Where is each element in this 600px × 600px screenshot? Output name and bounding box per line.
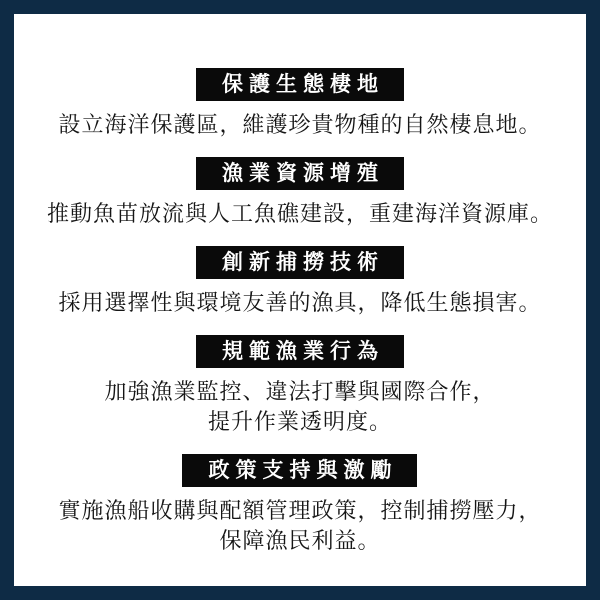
section-innovative-fishing-tech: 創新捕撈技術 採用選擇性與環境友善的漁具，降低生態損害。 — [58, 246, 541, 318]
section-text-line: 採用選擇性與環境友善的漁具，降低生態損害。 — [58, 288, 541, 318]
section-text-line: 實施漁船收購與配額管理政策，控制捕撈壓力， — [58, 496, 541, 526]
section-text-line: 保障漁民利益。 — [219, 526, 380, 556]
section-protect-habitat: 保護生態棲地 設立海洋保護區，維護珍貴物種的自然棲息地。 — [58, 68, 541, 140]
section-resource-enhancement: 漁業資源增殖 推動魚苗放流與人工魚礁建設，重建海洋資源庫。 — [47, 157, 553, 229]
infographic-border-frame: 保護生態棲地 設立海洋保護區，維護珍貴物種的自然棲息地。 漁業資源增殖 推動魚苗… — [0, 0, 600, 600]
section-regulate-fishing: 規範漁業行為 加強漁業監控、違法打擊與國際合作， 提升作業透明度。 — [104, 335, 495, 437]
section-text-line: 加強漁業監控、違法打擊與國際合作， — [104, 377, 495, 407]
section-policy-support: 政策支持與激勵 實施漁船收購與配額管理政策，控制捕撈壓力， 保障漁民利益。 — [58, 454, 541, 556]
infographic-content-area: 保護生態棲地 設立海洋保護區，維護珍貴物種的自然棲息地。 漁業資源增殖 推動魚苗… — [14, 14, 586, 586]
section-text-line: 設立海洋保護區，維護珍貴物種的自然棲息地。 — [58, 110, 541, 140]
section-badge: 政策支持與激勵 — [182, 454, 417, 487]
section-text-line: 推動魚苗放流與人工魚礁建設，重建海洋資源庫。 — [47, 199, 553, 229]
section-badge: 漁業資源增殖 — [196, 157, 404, 190]
section-badge: 創新捕撈技術 — [196, 246, 404, 279]
section-badge: 保護生態棲地 — [196, 68, 404, 101]
section-badge: 規範漁業行為 — [196, 335, 404, 368]
section-text-line: 提升作業透明度。 — [208, 407, 392, 437]
